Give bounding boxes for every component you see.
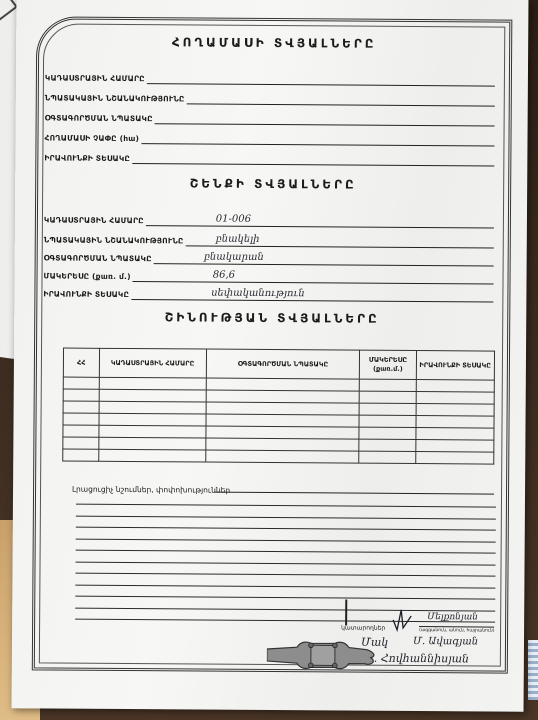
field-value: 86,6 bbox=[213, 270, 235, 281]
field-label: ՀՈՂԱՄԱՍԻ ՉԱՓԸ (հա) bbox=[44, 133, 139, 144]
notes-line[interactable] bbox=[76, 527, 496, 531]
column-header-area: ՄԱԿԵՐԵՍԸ (քառ.մ.) bbox=[360, 350, 416, 379]
field-value: 01-006 bbox=[216, 214, 251, 225]
land-usage-purpose-field[interactable]: ՕԳՏԱԳՈՐԾՄԱՆ ՆՊԱՏԱԿԸ bbox=[45, 107, 495, 126]
notes-line[interactable] bbox=[214, 492, 494, 495]
executor-name-signature: Մելքոնյան bbox=[427, 612, 478, 622]
column-header-cadastral-number: ԿԱԴԱՍՏՐԱՅԻՆ ՀԱՄԱՐԸ bbox=[99, 348, 206, 378]
table-cell[interactable] bbox=[359, 451, 415, 463]
table-cell[interactable] bbox=[415, 428, 494, 441]
land-right-type-field[interactable]: ԻՐԱՎՈՒՆՔԻ ՏԵՍԱԿԸ bbox=[44, 147, 494, 166]
table-cell[interactable] bbox=[360, 391, 416, 403]
table-body bbox=[63, 377, 495, 464]
column-header-usage-purpose: ՕԳՏԱԳՈՐԾՄԱՆ ՆՊԱՏԱԿԸ bbox=[206, 349, 360, 379]
field-label: ՕԳՏԱԳՈՐԾՄԱՆ ՆՊԱՏԱԿԸ bbox=[45, 113, 153, 124]
notes-line[interactable] bbox=[76, 538, 496, 542]
signature-line3: Ա. Հովհաննիսյան bbox=[365, 652, 469, 666]
field-label: ԿԱԴԱՍՏՐԱՅԻՆ ՀԱՄԱՐԸ bbox=[45, 73, 145, 84]
table-cell[interactable] bbox=[359, 427, 415, 439]
table-cell[interactable] bbox=[63, 401, 99, 413]
table-cell[interactable] bbox=[99, 425, 206, 438]
executor-initial-signature bbox=[391, 606, 413, 636]
signature-line2-right: Մ. Ավագյան bbox=[413, 636, 478, 647]
notes-line[interactable] bbox=[76, 550, 496, 554]
notes-line[interactable] bbox=[75, 607, 495, 611]
table-cell[interactable] bbox=[63, 449, 99, 461]
table-cell[interactable] bbox=[99, 377, 206, 390]
building-area-field[interactable]: ՄԱԿԵՐԵՍԸ (քառ. մ.) 86,6 bbox=[44, 265, 494, 284]
notes-line[interactable] bbox=[76, 515, 496, 519]
table-cell[interactable] bbox=[416, 392, 495, 405]
table-cell[interactable] bbox=[206, 414, 360, 427]
table-cell[interactable] bbox=[63, 425, 99, 437]
field-label: ԻՐԱՎՈՒՆՔԻ ՏԵՍԱԿԸ bbox=[44, 153, 130, 164]
table-cell[interactable] bbox=[63, 413, 99, 425]
field-label: ԻՐԱՎՈՒՆՔԻ ՏԵՍԱԿԸ bbox=[43, 289, 129, 300]
signature-mark-icon bbox=[391, 606, 413, 632]
notes-line[interactable] bbox=[76, 561, 496, 565]
field-label: ՄԱԿԵՐԵՍԸ (քառ. մ.) bbox=[44, 271, 131, 282]
table-cell[interactable] bbox=[63, 389, 99, 401]
table-cell[interactable] bbox=[99, 401, 206, 414]
form-content: ՀՈՂԱՄԱՍԻ ՏՎՅԱԼՆԵՐԸ ԿԱԴԱՍՏՐԱՅԻՆ ՀԱՄԱՐԸ ՆՊ… bbox=[35, 19, 510, 670]
background-cloth bbox=[528, 640, 538, 700]
page-border: ՀՈՂԱՄԱՍԻ ՏՎՅԱԼՆԵՐԸ ԿԱԴԱՍՏՐԱՅԻՆ ՀԱՄԱՐԸ ՆՊ… bbox=[32, 16, 513, 673]
notes-label: Լրացուցիչ նշումներ, փոփոխություններ bbox=[72, 485, 230, 495]
building-designation-field[interactable]: ՆՊԱՏԱԿԱՅԻՆ ՆՇԱՆԱԿՈՒԹՅՈՒՆԸ բնակելի bbox=[44, 229, 494, 248]
building-usage-purpose-field[interactable]: ՕԳՏԱԳՈՐԾՄԱՆ ՆՊԱՏԱԿԸ բնակարան bbox=[44, 247, 494, 266]
column-header-right-type: ԻՐԱՎՈՒՆՔԻ ՏԵՍԱԿԸ bbox=[416, 351, 495, 381]
field-label: ՕԳՏԱԳՈՐԾՄԱՆ ՆՊԱՏԱԿԸ bbox=[44, 253, 152, 264]
table-cell[interactable] bbox=[206, 378, 360, 391]
field-value: բնակարան bbox=[204, 252, 264, 263]
table-cell[interactable] bbox=[416, 380, 495, 393]
building-section-title: ՇԵՆՔԻ ՏՎՅԱԼՆԵՐԸ bbox=[38, 175, 508, 192]
table-cell[interactable] bbox=[416, 404, 495, 417]
table-cell[interactable] bbox=[205, 438, 359, 451]
table-cell[interactable] bbox=[99, 389, 206, 402]
land-section-title: ՀՈՂԱՄԱՍԻ ՏՎՅԱԼՆԵՐԸ bbox=[39, 34, 509, 51]
table-cell[interactable] bbox=[98, 437, 205, 450]
table-cell[interactable] bbox=[206, 390, 360, 403]
building-right-type-field[interactable]: ԻՐԱՎՈՒՆՔԻ ՏԵՍԱԿԸ սեփականություն bbox=[43, 283, 493, 302]
table-cell[interactable] bbox=[359, 415, 415, 427]
construction-section-title: ՇԻՆՈՒԹՅԱՆ ՏՎՅԱԼՆԵՐԸ bbox=[37, 309, 507, 326]
table-cell[interactable] bbox=[98, 449, 205, 462]
table-cell[interactable] bbox=[206, 426, 360, 439]
land-size-field[interactable]: ՀՈՂԱՄԱՍԻ ՉԱՓԸ (հա) bbox=[44, 127, 494, 146]
table-cell[interactable] bbox=[360, 379, 416, 391]
notes-line[interactable] bbox=[75, 596, 495, 600]
table-cell[interactable] bbox=[415, 440, 494, 453]
table-cell[interactable] bbox=[63, 437, 99, 449]
table-cell[interactable] bbox=[206, 402, 360, 415]
table-cell[interactable] bbox=[360, 403, 416, 415]
table-cell[interactable] bbox=[205, 450, 359, 463]
field-value: բնակելի bbox=[216, 234, 260, 245]
executors-label: կատարողներ bbox=[341, 625, 385, 632]
notes-lines bbox=[39, 19, 509, 22]
table-cell[interactable] bbox=[63, 377, 99, 389]
construction-table: ՀՀ ԿԱԴԱՍՏՐԱՅԻՆ ՀԱՄԱՐԸ ՕԳՏԱԳՈՐԾՄԱՆ ՆՊԱՏԱԿ… bbox=[62, 348, 495, 465]
table-cell[interactable] bbox=[359, 439, 415, 451]
field-label: ՆՊԱՏԱԿԱՅԻՆ ՆՇԱՆԱԿՈՒԹՅՈՒՆԸ bbox=[45, 93, 185, 104]
notes-line[interactable] bbox=[75, 584, 495, 588]
column-header-number: ՀՀ bbox=[63, 348, 99, 377]
table-cell[interactable] bbox=[99, 413, 206, 426]
table-row bbox=[63, 449, 494, 464]
field-label: ՆՊԱՏԱԿԱՅԻՆ ՆՇԱՆԱԿՈՒԹՅՈՒՆԸ bbox=[44, 235, 184, 246]
land-designation-field[interactable]: ՆՊԱՏԱԿԱՅԻՆ ՆՇԱՆԱԿՈՒԹՅՈՒՆԸ bbox=[45, 87, 495, 106]
table-cell[interactable] bbox=[416, 416, 495, 429]
notes-line[interactable] bbox=[75, 573, 495, 577]
diamond-ornament-icon bbox=[0, 0, 18, 23]
field-value: սեփականություն bbox=[211, 288, 305, 300]
field-label: ԿԱԴԱՍՏՐԱՅԻՆ ՀԱՄԱՐԸ bbox=[44, 215, 144, 226]
table-header-row: ՀՀ ԿԱԴԱՍՏՐԱՅԻՆ ՀԱՄԱՐԸ ՕԳՏԱԳՈՐԾՄԱՆ ՆՊԱՏԱԿ… bbox=[63, 348, 494, 380]
signature-separator bbox=[345, 600, 347, 626]
decorative-ornament-icon bbox=[267, 635, 379, 676]
land-cadastral-number-field[interactable]: ԿԱԴԱՍՏՐԱՅԻՆ ՀԱՄԱՐԸ bbox=[45, 67, 495, 86]
name-caption: (ազգանուն, անուն, հայրանուն) bbox=[419, 626, 494, 634]
notes-line[interactable] bbox=[76, 504, 496, 508]
building-cadastral-number-field[interactable]: ԿԱԴԱՍՏՐԱՅԻՆ ՀԱՄԱՐԸ 01-006 bbox=[44, 209, 494, 228]
table-cell[interactable] bbox=[415, 452, 494, 465]
form-page: ՀՈՂԱՄԱՍԻ ՏՎՅԱԼՆԵՐԸ ԿԱԴԱՍՏՐԱՅԻՆ ՀԱՄԱՐԸ ՆՊ… bbox=[12, 0, 529, 712]
